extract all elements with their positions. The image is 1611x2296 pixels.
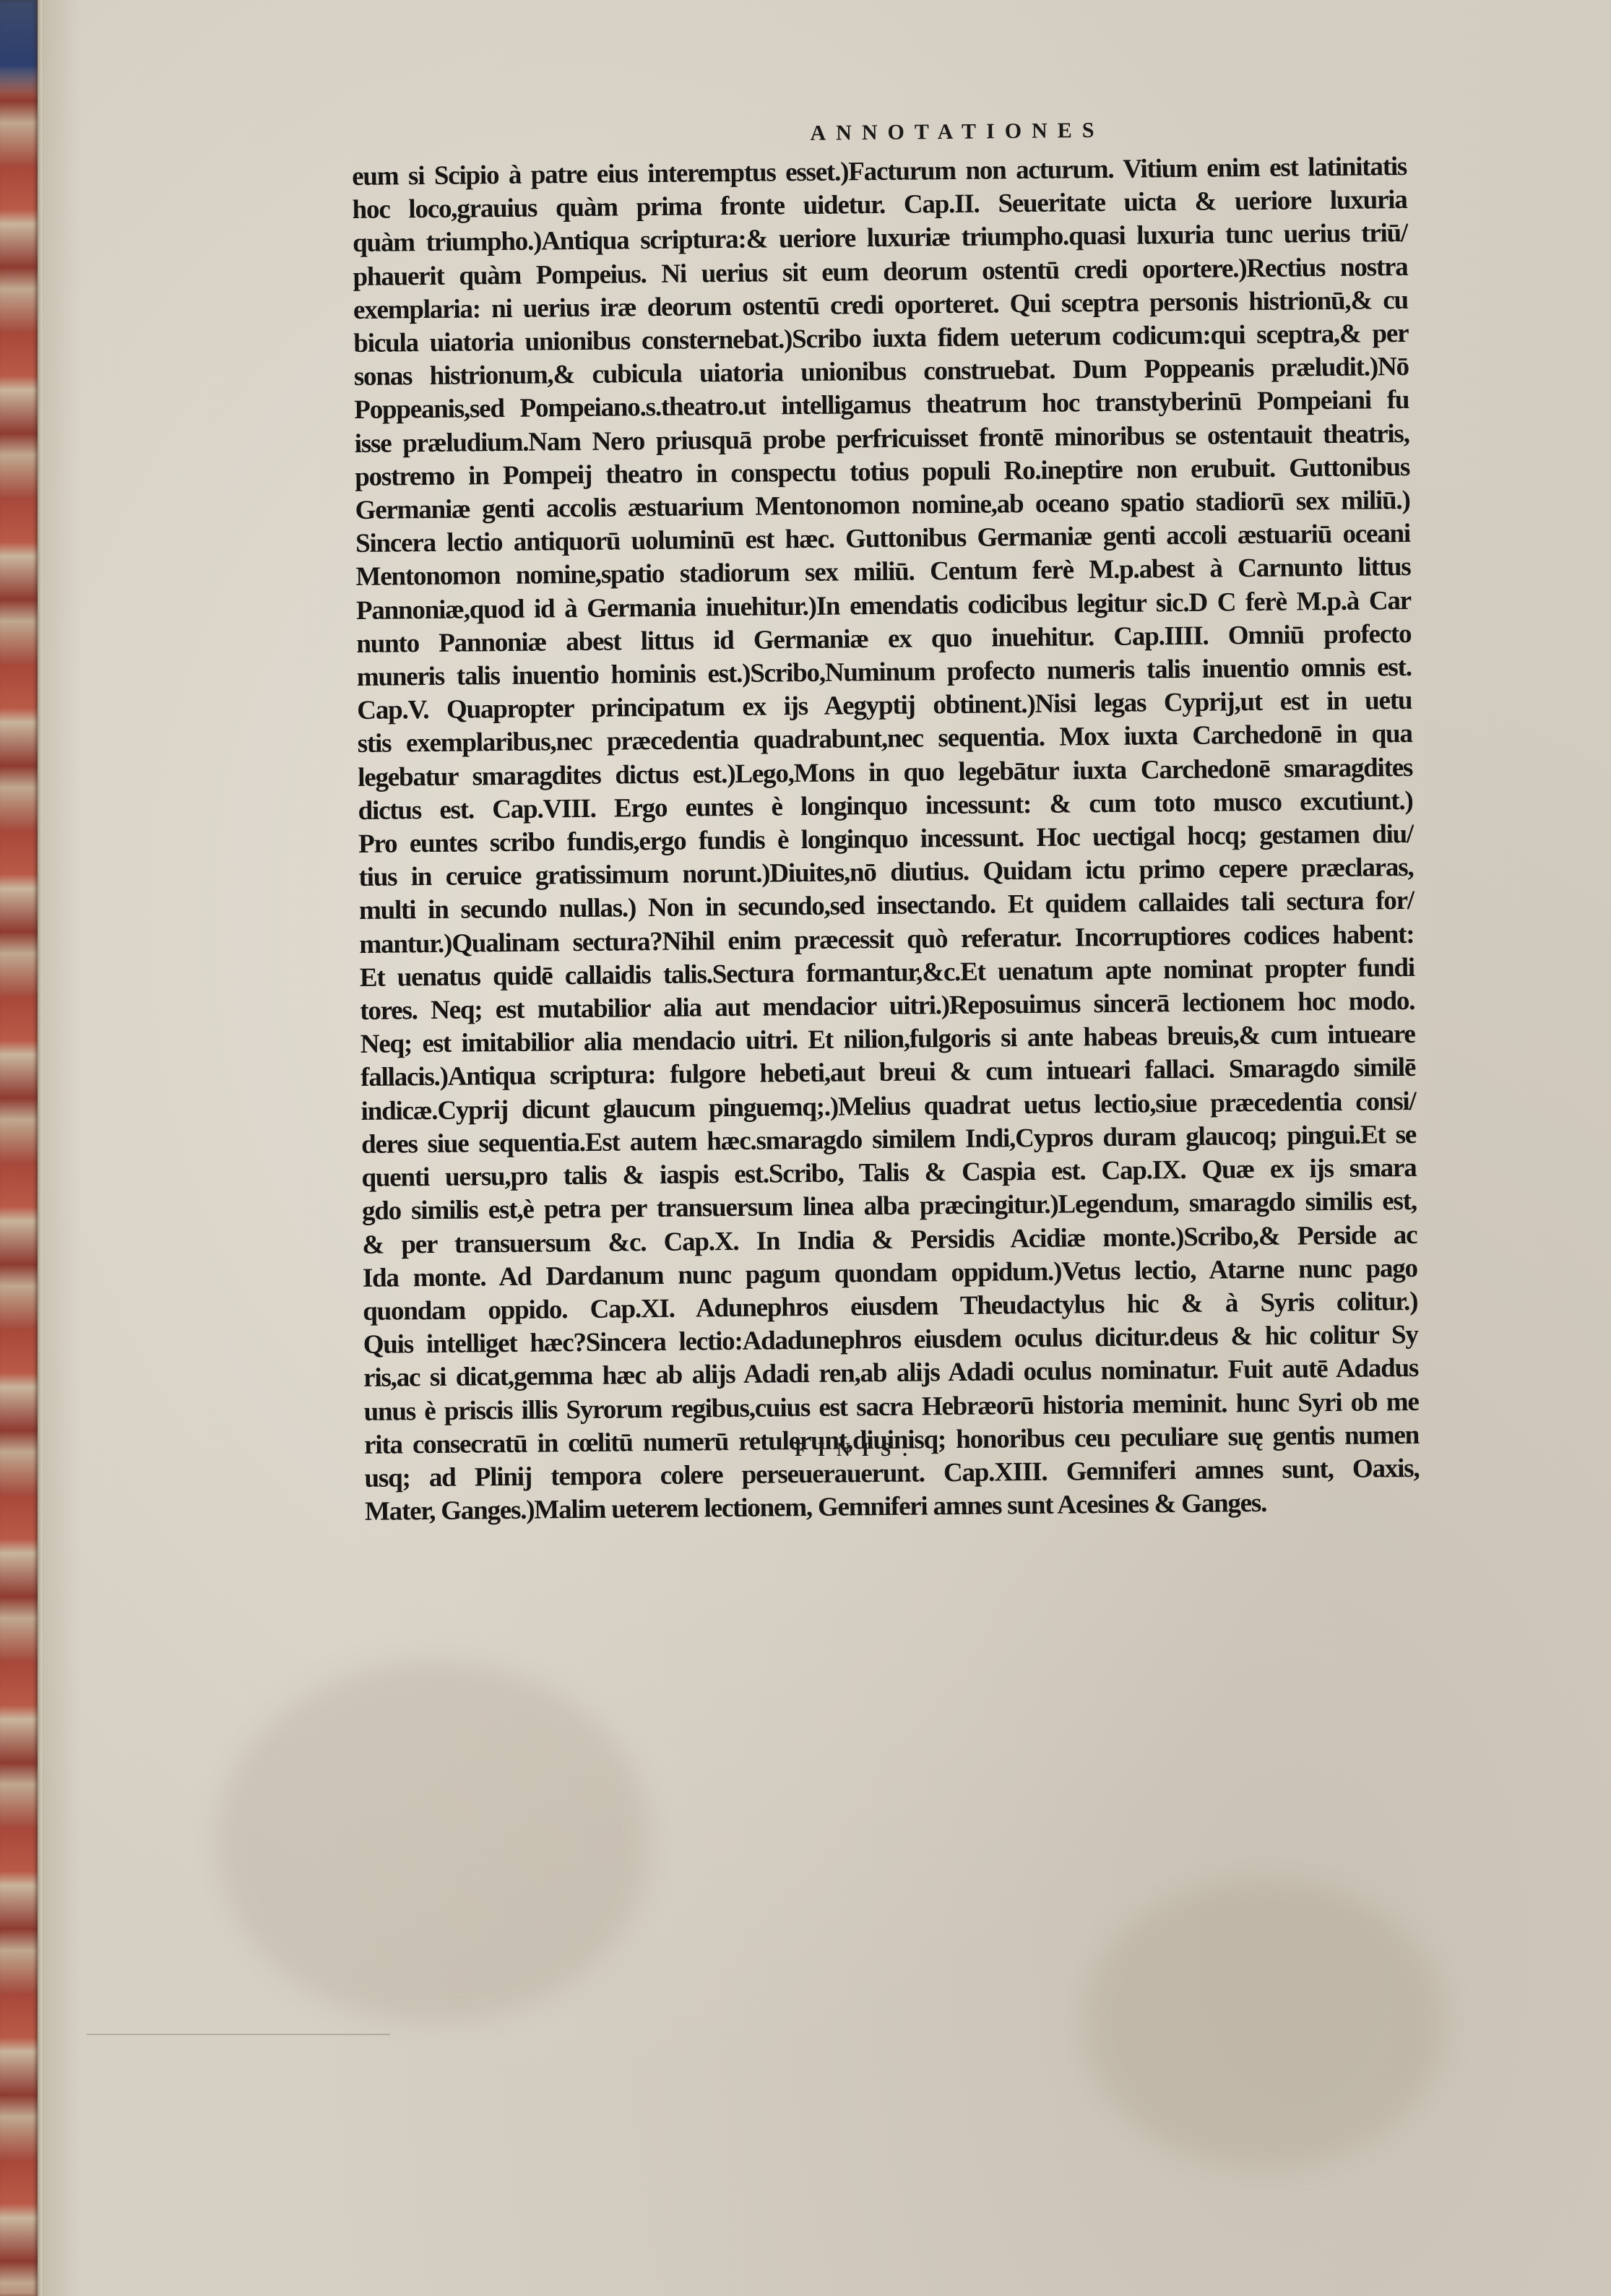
- colophon-finis: FINIS.: [795, 1439, 919, 1461]
- paper-stain: [217, 1662, 650, 2023]
- paper-crease: [87, 2034, 390, 2035]
- annotation-text-block: eum si Scipio à patre eius interemptus e…: [352, 150, 1420, 1529]
- page-gutter-edge: [38, 0, 42, 2296]
- book-spine-edge: [0, 0, 38, 2296]
- book-page-photo: ANNOTATIONES eum si Scipio à patre eius …: [0, 0, 1611, 2296]
- paper-stain: [1084, 1878, 1445, 2167]
